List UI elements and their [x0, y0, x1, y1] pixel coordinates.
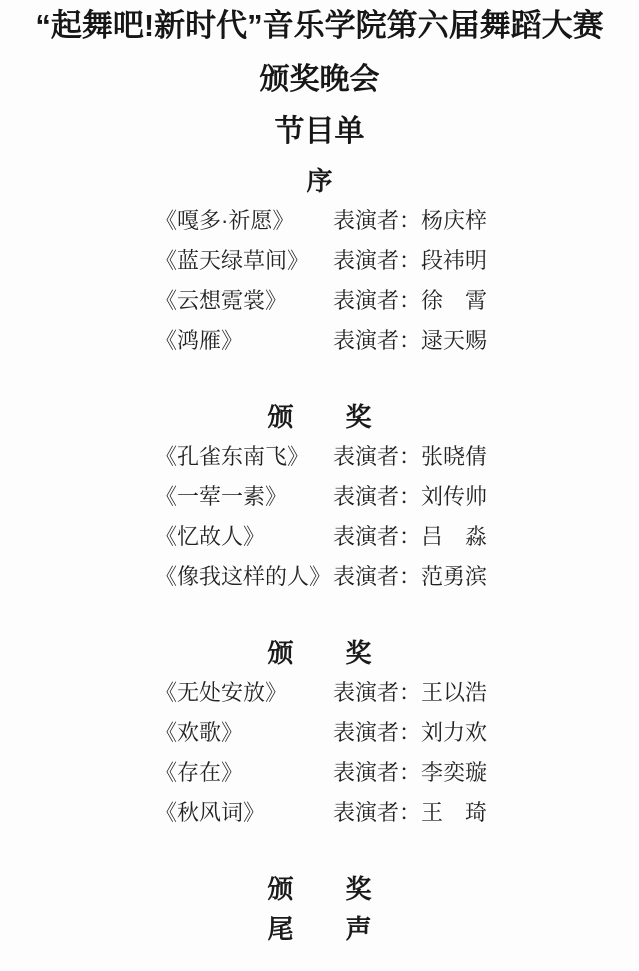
- section-header: 颁 奖: [0, 633, 639, 673]
- program-row: 《忆故人》 表演者：吕 淼: [0, 517, 639, 557]
- program-row: 《存在》 表演者：李奕璇: [0, 753, 639, 793]
- program-row: 《像我这样的人》 表演者：范勇滨: [0, 557, 639, 597]
- performer: 表演者：王以浩: [333, 673, 639, 713]
- program-row: 《嘎多·祈愿》 表演者：杨庆梓: [0, 201, 639, 241]
- song-title: 《秋风词》: [155, 793, 333, 833]
- performer: 表演者：范勇滨: [333, 557, 639, 597]
- performer: 表演者：刘力欢: [333, 713, 639, 753]
- program-section: 序 《嘎多·祈愿》 表演者：杨庆梓 《蓝天绿草间》 表演者：段祎明 《云想霓裳》…: [0, 161, 639, 361]
- song-title: 《孔雀东南飞》: [155, 437, 333, 477]
- song-title: 《忆故人》: [155, 517, 333, 557]
- performer: 表演者：吕 淼: [333, 517, 639, 557]
- performer: 表演者：刘传帅: [333, 477, 639, 517]
- program-row: 《蓝天绿草间》 表演者：段祎明: [0, 241, 639, 281]
- section-header: 颁 奖: [0, 397, 639, 437]
- program-sections: 序 《嘎多·祈愿》 表演者：杨庆梓 《蓝天绿草间》 表演者：段祎明 《云想霓裳》…: [0, 161, 639, 949]
- performer: 表演者：王 琦: [333, 793, 639, 833]
- section-header: 尾 声: [0, 909, 639, 949]
- song-title: 《存在》: [155, 753, 333, 793]
- program-row: 《一荤一素》 表演者：刘传帅: [0, 477, 639, 517]
- song-title: 《像我这样的人》: [155, 557, 333, 597]
- program-row: 《云想霓裳》 表演者：徐 霄: [0, 281, 639, 321]
- performer: 表演者：逯天赐: [333, 321, 639, 361]
- song-title: 《无处安放》: [155, 673, 333, 713]
- song-title: 《一荤一素》: [155, 477, 333, 517]
- program-row: 《孔雀东南飞》 表演者：张晓倩: [0, 437, 639, 477]
- performer: 表演者：张晓倩: [333, 437, 639, 477]
- song-title: 《欢歌》: [155, 713, 333, 753]
- song-title: 《蓝天绿草间》: [155, 241, 333, 281]
- performer: 表演者：李奕璇: [333, 753, 639, 793]
- program-section: 颁 奖 《孔雀东南飞》 表演者：张晓倩 《一荤一素》 表演者：刘传帅 《忆故人》…: [0, 397, 639, 597]
- song-title: 《嘎多·祈愿》: [155, 201, 333, 241]
- program-row: 《秋风词》 表演者：王 琦: [0, 793, 639, 833]
- song-title: 《云想霓裳》: [155, 281, 333, 321]
- song-title: 《鸿雁》: [155, 321, 333, 361]
- event-subtitle: 颁奖晚会: [0, 62, 639, 98]
- performer: 表演者：段祎明: [333, 241, 639, 281]
- section-header: 颁 奖: [0, 869, 639, 909]
- performer: 表演者：杨庆梓: [333, 201, 639, 241]
- program-section: 尾 声: [0, 909, 639, 949]
- program-row: 《鸿雁》 表演者：逯天赐: [0, 321, 639, 361]
- program-row: 《无处安放》 表演者：王以浩: [0, 673, 639, 713]
- performer: 表演者：徐 霄: [333, 281, 639, 321]
- program-section: 颁 奖: [0, 869, 639, 909]
- section-header: 序: [0, 161, 639, 201]
- program-row: 《欢歌》 表演者：刘力欢: [0, 713, 639, 753]
- program-list-title: 节目单: [0, 114, 639, 150]
- program-section: 颁 奖 《无处安放》 表演者：王以浩 《欢歌》 表演者：刘力欢 《存在》 表演者…: [0, 633, 639, 833]
- program-page: “起舞吧!新时代”音乐学院第六届舞蹈大赛 颁奖晚会 节目单 序 《嘎多·祈愿》 …: [0, 0, 639, 971]
- event-title: “起舞吧!新时代”音乐学院第六届舞蹈大赛: [0, 0, 639, 45]
